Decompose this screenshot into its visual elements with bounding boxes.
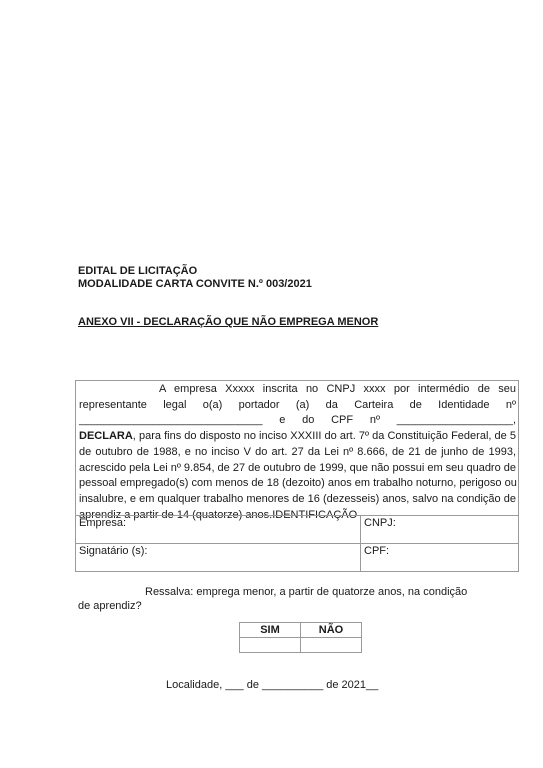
declaration-line: A empresa Xxxxx inscrita no CNPJ xxxx po… [79,382,516,398]
declaration-box: A empresa Xxxxx inscrita no CNPJ xxxx po… [75,380,519,572]
empresa-field[interactable]: Empresa: [79,517,126,530]
ressalva-question: Ressalva: emprega menor, a partir de qua… [78,585,478,613]
header-title: EDITAL DE LICITAÇÃO [78,265,312,278]
declaration-line: acrescido pela Lei nº 9.854, de 27 de ou… [79,461,516,477]
sim-cell[interactable] [240,638,301,653]
column-divider [360,515,361,571]
declaration-line: pessoal empregado(s) com menos de 18 (de… [79,476,516,492]
signatario-field[interactable]: Signatário (s): [79,545,147,558]
document-header: EDITAL DE LICITAÇÃO MODALIDADE CARTA CON… [78,265,312,291]
declaration-line: representante legal o(a) portador (a) da… [79,398,516,414]
cnpj-field[interactable]: CNPJ: [364,517,396,530]
declaration-line: de outubro de 1988, e no inciso V do art… [79,445,516,461]
declaration-text: A empresa Xxxxx inscrita no CNPJ xxxx po… [79,382,516,523]
locality-date-line: Localidade, ___ de __________ de 2021__ [166,679,378,692]
ressalva-line-1: Ressalva: emprega menor, a partir de qua… [78,585,478,599]
row-divider [76,543,518,544]
document-page: EDITAL DE LICITAÇÃO MODALIDADE CARTA CON… [0,0,543,768]
cpf-field[interactable]: CPF: [364,545,389,558]
nao-cell[interactable] [301,638,362,653]
declara-label: DECLARA [79,430,133,442]
declaration-line: ______________________________ e do CPF … [79,413,516,429]
header-modality: MODALIDADE CARTA CONVITE N.º 003/2021 [78,278,312,291]
declaration-line: insalubre, e em qualquer trabalho menore… [79,492,516,508]
yes-no-table: SIM NÃO [239,622,362,653]
sim-header: SIM [240,623,301,638]
declaration-line: para fins do disposto no inciso XXXIII d… [139,430,516,442]
annex-title: ANEXO VII - DECLARAÇÃO QUE NÃO EMPREGA M… [78,316,378,329]
nao-header: NÃO [301,623,362,638]
ressalva-line-2: de aprendiz? [78,599,478,613]
row-divider [76,515,518,516]
declaration-line-declara: DECLARA, para fins do disposto no inciso… [79,429,516,445]
